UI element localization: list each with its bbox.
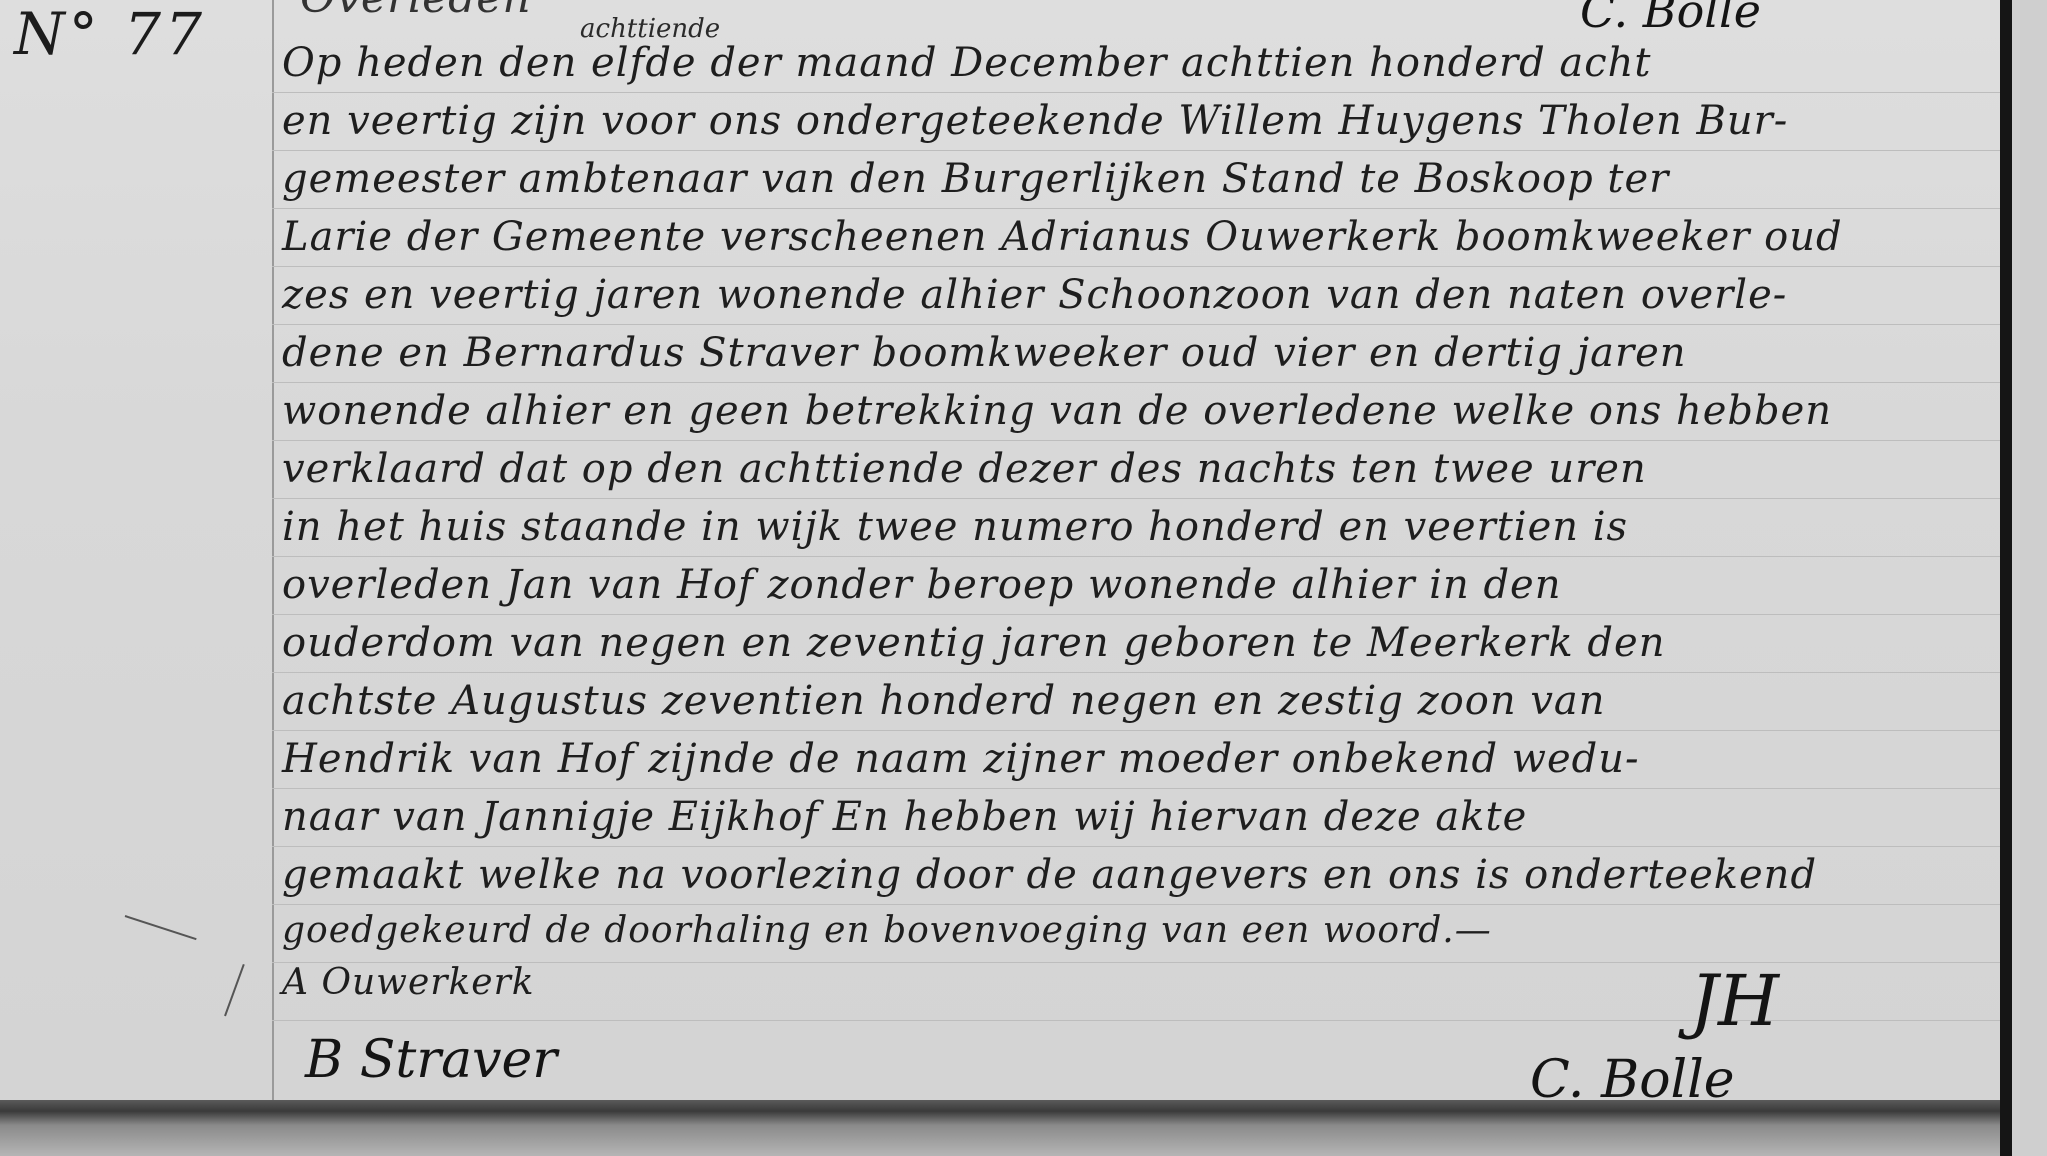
ruled-line <box>272 324 2000 325</box>
ruled-line <box>272 556 2000 557</box>
ruled-line <box>272 208 2000 209</box>
text-line-2: en veertig zijn voor ons ondergeteekende… <box>282 98 1788 144</box>
signature-paraph: JH <box>1690 960 1779 1042</box>
signature-ouwerkerk: A Ouwerkerk <box>282 962 535 1003</box>
top-signature: C. Bolle <box>1580 0 1761 38</box>
ruled-line <box>272 614 2000 615</box>
previous-entry-fragment: Overleden <box>300 0 531 23</box>
ruled-line <box>272 92 2000 93</box>
ruled-line <box>272 150 2000 151</box>
text-line-5: zes en veertig jaren wonende alhier Scho… <box>282 272 1787 318</box>
register-page: N° 77 Overleden C. Bolle achttiende Op h… <box>0 0 2000 1100</box>
margin-mark <box>224 964 245 1016</box>
ruled-line <box>272 730 2000 731</box>
text-line-13: Hendrik van Hof zijnde de naam zijner mo… <box>282 736 1640 782</box>
text-line-15: gemaakt welke na voorlezing door de aang… <box>282 852 1817 898</box>
ruled-line <box>272 498 2000 499</box>
text-line-8: verklaard dat op den achttiende dezer de… <box>282 446 1647 492</box>
text-line-11: ouderdom van negen en zeventig jaren geb… <box>282 620 1665 666</box>
margin-rule <box>272 0 274 1100</box>
text-line-16: goedgekeurd de doorhaling en bovenvoegin… <box>282 910 1492 951</box>
ruled-line <box>272 904 2000 905</box>
binding-shadow <box>0 1100 2000 1156</box>
adjacent-page-strip <box>2012 0 2047 1156</box>
entry-number: N° 77 <box>14 0 206 68</box>
text-line-14: naar van Jannigje Eijkhof En hebben wij … <box>282 794 1527 840</box>
margin-mark <box>125 915 197 940</box>
text-line-9: in het huis staande in wijk twee numero … <box>282 504 1628 550</box>
text-line-6: dene en Bernardus Straver boomkweeker ou… <box>282 330 1687 376</box>
ruled-line <box>272 846 2000 847</box>
ruled-line <box>272 382 2000 383</box>
text-line-1: Op heden den elfde der maand December ac… <box>282 40 1652 86</box>
ruled-line <box>272 672 2000 673</box>
text-line-10: overleden Jan van Hof zonder beroep wone… <box>282 562 1561 608</box>
page-edge-border <box>2000 0 2012 1156</box>
text-line-4: Larie der Gemeente verscheenen Adrianus … <box>282 214 1843 260</box>
ruled-line <box>272 440 2000 441</box>
ruled-line <box>272 788 2000 789</box>
signature-straver: B Straver <box>305 1030 557 1090</box>
text-line-12: achtste Augustus zeventien honderd negen… <box>282 678 1606 724</box>
ruled-line <box>272 266 2000 267</box>
text-line-7: wonende alhier en geen betrekking van de… <box>282 388 1832 434</box>
text-line-3: gemeester ambtenaar van den Burgerlijken… <box>282 156 1669 202</box>
